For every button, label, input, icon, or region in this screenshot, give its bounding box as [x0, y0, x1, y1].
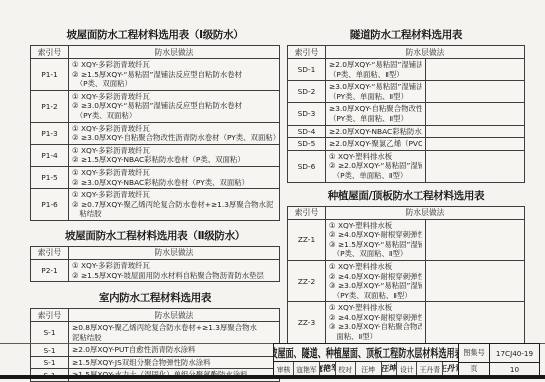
method-line: ② ≥1.5厚XQY-坡屋面用防水材料自粘聚合物沥青防水垫层: [72, 271, 276, 281]
header-row: 索引号防水层做法: [31, 309, 280, 322]
row-method: ≥2.0厚XQY-PUT自愈性沥青防水涂料: [69, 344, 280, 357]
right-column: 隧道防水工程材料选用表 索引号防水层做法SD-1≥2.0厚XQY-“易粘固”湿铺…: [287, 27, 525, 375]
row-method: ① XQY-多彩沥青玻纤瓦② ≥1.5厚XQY-“易粘固”湿铺法反应型自粘防水卷…: [69, 59, 280, 91]
method-line: （P类、双面粘、Ⅱ型）: [329, 249, 422, 259]
method-line: ① XQY-多彩沥青玻纤瓦: [72, 190, 276, 200]
row-index: P1-5: [31, 166, 69, 188]
table-row: P2-1① XQY-多彩沥青玻纤瓦② ≥1.5厚XQY-坡屋面用防水材料自粘聚合…: [31, 259, 280, 281]
checker-signature: 汪坤: [382, 362, 398, 375]
row-method: ≥3.0厚XQY-“易粘固”湿铺法反应型自粘防水卷材（PY类、单面粘、Ⅱ型）: [326, 81, 426, 103]
header-row: 索引号防水层做法: [31, 246, 280, 259]
method-line: （PY类、双面粘、Ⅱ型）: [329, 291, 422, 301]
notes-cell: [425, 125, 525, 138]
row-method: ① XQY-多彩沥青玻纤瓦② ≥3.0厚XQY-“易粘固”湿铺法反应型自粘防水卷…: [69, 90, 280, 122]
method-line: ② ≥2.0厚XQY-“易粘固”湿铺法反应型自粘防水卷材: [329, 161, 422, 171]
row-method: ≥2.0厚XQY-“易粘固”湿铺法反应型自粘防水卷材（P类、单面粘、Ⅱ型）: [326, 59, 426, 81]
method-line: ③ ≥1.5厚XQY-“易粘固”湿铺法反应型自粘防水卷材: [329, 240, 422, 250]
method-line: ≥0.8厚XQY-聚乙烯丙纶复合防水卷材+≥1.3厚聚合物水: [72, 323, 276, 333]
row-index: SD-2: [288, 81, 326, 103]
row-index: S-1: [31, 356, 69, 369]
row-index: ZZ-2: [288, 260, 326, 301]
row-method: ① XQY-塑料排水板② ≥4.0厚XQY-耐根穿刺弹性体改性沥青防水卷材③ ≥…: [326, 219, 426, 260]
table-title-planted-roof: 种植屋面/顶板防水工程材料选用表: [287, 188, 525, 203]
header-row: 索引号防水层做法: [31, 46, 280, 59]
table-row: SD-3≥3.0厚XQY-自粘聚合物改性沥青防水卷材（PY类、单面粘、Ⅱ型）: [288, 103, 525, 125]
title-block-left: 坡屋面、隧道、种植屋面、顶板工程防水层材料选用表 审核 寇艳军 寇艳军 校对 汪…: [274, 344, 459, 375]
method-column-header: 防水层做法: [326, 206, 525, 219]
row-index: SD-1: [288, 59, 326, 81]
row-method: ≥1.5厚XQY-JS双组分聚合物弹性防水涂料: [69, 356, 280, 369]
table-row: P1-1① XQY-多彩沥青玻纤瓦② ≥1.5厚XQY-“易粘固”湿铺法反应型自…: [31, 59, 280, 91]
row-index: P1-6: [31, 189, 69, 221]
table-title-slope-grade1: 坡屋面防水工程材料选用表（Ⅰ级防水）: [30, 27, 280, 42]
page-number: 10: [489, 362, 539, 375]
row-index: ZZ-3: [288, 302, 326, 343]
table-row: SD-5≥2.0厚XQY-聚氯乙烯（PVC）自粘防水卷材（L类）: [288, 138, 525, 151]
method-line: ① XQY-多彩沥青玻纤瓦: [72, 92, 276, 102]
row-method: ① XQY-多彩沥青玻纤瓦② ≥1.5厚XQY-坡屋面用防水材料自粘聚合物沥青防…: [69, 259, 280, 281]
index-column-header: 索引号: [288, 206, 326, 219]
method-column-header: 防水层做法: [326, 46, 525, 59]
title-block: 坡屋面、隧道、种植屋面、顶板工程防水层材料选用表 审核 寇艳军 寇艳军 校对 汪…: [273, 343, 540, 376]
atlas-number-label: 图集号: [459, 344, 489, 362]
method-line: ≥2.0厚XQY-PUT自愈性沥青防水涂料: [72, 345, 276, 355]
row-index: SD-4: [288, 125, 326, 138]
page-label: 页: [459, 362, 489, 375]
method-line: ② ≥3.0厚XQY-自粘聚合物改性沥青防水卷材（PY类、双面粘）: [72, 133, 276, 143]
table-row: ZZ-2① XQY-塑料排水板② ≥4.0厚XQY-耐根穿刺弹性体改性沥青防水卷…: [288, 260, 525, 301]
table-row: S-1≥1.5厚XQY-JS双组分聚合物弹性防水涂料: [31, 356, 280, 369]
notes-cell: [425, 81, 525, 103]
review-label: 审核: [274, 362, 294, 375]
row-index: ZZ-1: [288, 219, 326, 260]
method-line: （P类、双面粘）: [72, 79, 276, 89]
notes-cell: [425, 138, 525, 151]
method-line: ② ≥4.0厚XQY-耐根穿刺弹性体改性沥青防水卷材: [329, 313, 422, 323]
check-label: 校对: [336, 362, 356, 375]
notes-cell: [425, 103, 525, 125]
row-index: S-1: [31, 322, 69, 344]
table-row: P1-6① XQY-多彩沥青玻纤瓦② ≥0.7厚XQY-聚乙烯丙纶复合防水卷材+…: [31, 189, 280, 221]
header-row: 索引号防水层做法: [288, 46, 525, 59]
table-row: S-1≥2.0厚XQY-PUT自愈性沥青防水涂料: [31, 344, 280, 357]
method-line: ② ≥3.0厚XQY-“易粘固”湿铺法反应型自粘防水卷材: [72, 101, 276, 111]
left-column: 坡屋面防水工程材料选用表（Ⅰ级防水） 索引号防水层做法P1-1① XQY-多彩沥…: [30, 27, 280, 382]
table-row: SD-4≥2.0厚XQY-NBAC彩粘防水卷材（P类、单面粘、Ⅱ型）: [288, 125, 525, 138]
notes-cell: [425, 219, 525, 260]
notes-cell: [425, 59, 525, 81]
title-block-right: 图集号 17CJ40-19 页 10: [459, 344, 539, 375]
table-slope-roof-grade2: 索引号防水层做法P2-1① XQY-多彩沥青玻纤瓦② ≥1.5厚XQY-坡屋面用…: [30, 246, 280, 282]
method-line: ① XQY-多彩沥青玻纤瓦: [72, 124, 276, 134]
method-line: （P类、单面粘、Ⅱ型）: [329, 171, 422, 181]
header-row: 索引号防水层做法: [288, 206, 525, 219]
method-line: 泥粘结胶: [72, 333, 276, 343]
designer-name: 王丹青: [417, 362, 443, 375]
method-line: ① XQY-多彩沥青玻纤瓦: [72, 60, 276, 70]
row-method: ① XQY-多彩沥青玻纤瓦② ≥3.0厚XQY-自粘聚合物改性沥青防水卷材（PY…: [69, 122, 280, 144]
method-line: ③ ≥3.0厚XQY-“易粘固”湿铺法反应型自粘防水卷材: [329, 281, 422, 291]
method-line: ① XQY-多彩沥青玻纤瓦: [72, 168, 276, 178]
row-index: SD-6: [288, 150, 326, 182]
row-method: ≥2.0厚XQY-NBAC彩粘防水卷材（P类、单面粘、Ⅱ型）: [326, 125, 426, 138]
method-line: ② ≥3.0厚XQY-NBAC彩粘防水卷材（PY类、双面粘）: [72, 178, 276, 188]
table-row: SD-1≥2.0厚XQY-“易粘固”湿铺法反应型自粘防水卷材（P类、单面粘、Ⅱ型…: [288, 59, 525, 81]
index-column-header: 索引号: [31, 246, 69, 259]
method-line: ② ≥1.5厚XQY-NBAC彩粘防水卷材（P类、双面粘）: [72, 155, 276, 165]
method-line: ① XQY-多彩沥青玻纤瓦: [72, 146, 276, 156]
method-line: （PY类、单面粘、Ⅱ型）: [329, 92, 422, 102]
notes-cell: [425, 260, 525, 301]
table-row: P1-2① XQY-多彩沥青玻纤瓦② ≥3.0厚XQY-“易粘固”湿铺法反应型自…: [31, 90, 280, 122]
drawing-page: 坡屋面防水工程材料选用表（Ⅰ级防水） 索引号防水层做法P1-1① XQY-多彩沥…: [0, 0, 545, 382]
method-line: ③ ≥3.0厚XQY-自粘聚合物改性沥青防水卷材（PY类、双: [329, 322, 422, 332]
row-index: P1-3: [31, 122, 69, 144]
table-tunnel-waterproof: 索引号防水层做法SD-1≥2.0厚XQY-“易粘固”湿铺法反应型自粘防水卷材（P…: [287, 45, 525, 183]
method-line: ≥3.0厚XQY-“易粘固”湿铺法反应型自粘防水卷材: [329, 82, 422, 92]
row-method: ① XQY-多彩沥青玻纤瓦② ≥3.0厚XQY-NBAC彩粘防水卷材（PY类、双…: [69, 166, 280, 188]
atlas-number-value: 17CJ40-19: [489, 344, 539, 362]
table-indoor-waterproof: 索引号防水层做法S-1≥0.8厚XQY-聚乙烯丙纶复合防水卷材+≥1.3厚聚合物…: [30, 308, 280, 382]
method-line: （P类、单面粘、Ⅱ型）: [329, 70, 422, 80]
method-column-header: 防水层做法: [69, 246, 280, 259]
method-column-header: 防水层做法: [69, 46, 280, 59]
design-label: 设计: [397, 362, 417, 375]
row-index: S-1: [31, 344, 69, 357]
row-index: P1-2: [31, 90, 69, 122]
row-method: ≥2.0厚XQY-聚氯乙烯（PVC）自粘防水卷材（L类）: [326, 138, 426, 151]
reviewer-name: 寇艳军: [294, 362, 320, 375]
method-line: ① XQY-多彩沥青玻纤瓦: [72, 261, 276, 271]
method-line: ≥3.0厚XQY-自粘聚合物改性沥青防水卷材: [329, 104, 422, 114]
table-title-indoor: 室内防水工程材料选用表: [30, 290, 280, 305]
index-column-header: 索引号: [288, 46, 326, 59]
table-row: P1-3① XQY-多彩沥青玻纤瓦② ≥3.0厚XQY-自粘聚合物改性沥青防水卷…: [31, 122, 280, 144]
index-column-header: 索引号: [31, 46, 69, 59]
checker-name: 汪坤: [356, 362, 382, 375]
method-line: ② ≥1.5厚XQY-“易粘固”湿铺法反应型自粘防水卷材: [72, 70, 276, 80]
reviewer-signature: 寇艳军: [320, 362, 336, 375]
drawing-title: 坡屋面、隧道、种植屋面、顶板工程防水层材料选用表: [274, 344, 458, 361]
method-line: ≥2.0厚XQY-NBAC彩粘防水卷材（P类、单面粘、Ⅱ型）: [329, 127, 422, 137]
table-title-tunnel: 隧道防水工程材料选用表: [287, 27, 525, 42]
table-row: ZZ-3① XQY-塑料排水板② ≥4.0厚XQY-耐根穿刺弹性体改性沥青防水卷…: [288, 302, 525, 343]
row-method: ≥3.0厚XQY-自粘聚合物改性沥青防水卷材（PY类、单面粘、Ⅱ型）: [326, 103, 426, 125]
method-line: ② ≥0.7厚XQY-聚乙烯丙纶复合防水卷材+≥1.3厚聚合物水泥: [72, 200, 276, 210]
index-column-header: 索引号: [31, 309, 69, 322]
method-line: （PY类、双面粘）: [72, 111, 276, 121]
method-line: ① XQY-塑料排水板: [329, 262, 422, 272]
table-row: SD-6① XQY-塑料排水板② ≥2.0厚XQY-“易粘固”湿铺法反应型自粘防…: [288, 150, 525, 182]
signature-row: 审核 寇艳军 寇艳军 校对 汪坤 汪坤 设计 王丹青 王丹青: [274, 361, 458, 375]
table-slope-roof-grade1: 索引号防水层做法P1-1① XQY-多彩沥青玻纤瓦② ≥1.5厚XQY-“易粘固…: [30, 45, 280, 221]
row-method: ① XQY-多彩沥青玻纤瓦② ≥0.7厚XQY-聚乙烯丙纶复合防水卷材+≥1.3…: [69, 189, 280, 221]
row-index: P1-1: [31, 59, 69, 91]
notes-cell: [425, 150, 525, 182]
row-method: ≥0.8厚XQY-聚乙烯丙纶复合防水卷材+≥1.3厚聚合物水泥粘结胶: [69, 322, 280, 344]
row-index: P1-4: [31, 144, 69, 166]
row-method: ① XQY-塑料排水板② ≥4.0厚XQY-耐根穿刺弹性体改性沥青防水卷材③ ≥…: [326, 260, 426, 301]
table-row: P1-5① XQY-多彩沥青玻纤瓦② ≥3.0厚XQY-NBAC彩粘防水卷材（P…: [31, 166, 280, 188]
method-line: ≥1.5厚XQY-JS双组分聚合物弹性防水涂料: [72, 358, 276, 368]
method-line: （PY类、单面粘、Ⅱ型）: [329, 114, 422, 124]
row-method: ① XQY-多彩沥青玻纤瓦② ≥1.5厚XQY-NBAC彩粘防水卷材（P类、双面…: [69, 144, 280, 166]
notes-cell: [425, 302, 525, 343]
table-row: S-1≥0.8厚XQY-聚乙烯丙纶复合防水卷材+≥1.3厚聚合物水泥粘结胶: [31, 322, 280, 344]
designer-signature: 王丹青: [443, 362, 458, 375]
method-line: ① XQY-塑料排水板: [329, 152, 422, 162]
method-line: ① XQY-塑料排水板: [329, 303, 422, 313]
table-row: ZZ-1① XQY-塑料排水板② ≥4.0厚XQY-耐根穿刺弹性体改性沥青防水卷…: [288, 219, 525, 260]
method-line: 粘结胶: [72, 209, 276, 219]
table-title-slope-grade2: 坡屋面防水工程材料选用表（Ⅱ级防水）: [30, 228, 280, 243]
row-index: SD-5: [288, 138, 326, 151]
method-line: ② ≥4.0厚XQY-耐根穿刺弹性体改性沥青防水卷材: [329, 230, 422, 240]
method-line: 面粘、Ⅱ型）: [329, 332, 422, 342]
method-line: ① XQY-塑料排水板: [329, 221, 422, 231]
method-line: ≥2.0厚XQY-“易粘固”湿铺法反应型自粘防水卷材: [329, 60, 422, 70]
table-row: P1-4① XQY-多彩沥青玻纤瓦② ≥1.5厚XQY-NBAC彩粘防水卷材（P…: [31, 144, 280, 166]
method-line: ≥2.0厚XQY-聚氯乙烯（PVC）自粘防水卷材（L类）: [329, 139, 422, 149]
row-index: P2-1: [31, 259, 69, 281]
method-column-header: 防水层做法: [69, 309, 280, 322]
table-row: SD-2≥3.0厚XQY-“易粘固”湿铺法反应型自粘防水卷材（PY类、单面粘、Ⅱ…: [288, 81, 525, 103]
method-line: ② ≥4.0厚XQY-耐根穿刺弹性体改性沥青防水卷材: [329, 272, 422, 282]
row-index: SD-3: [288, 103, 326, 125]
row-method: ① XQY-塑料排水板② ≥2.0厚XQY-“易粘固”湿铺法反应型自粘防水卷材 …: [326, 150, 426, 182]
row-method: ① XQY-塑料排水板② ≥4.0厚XQY-耐根穿刺弹性体改性沥青防水卷材③ ≥…: [326, 302, 426, 343]
